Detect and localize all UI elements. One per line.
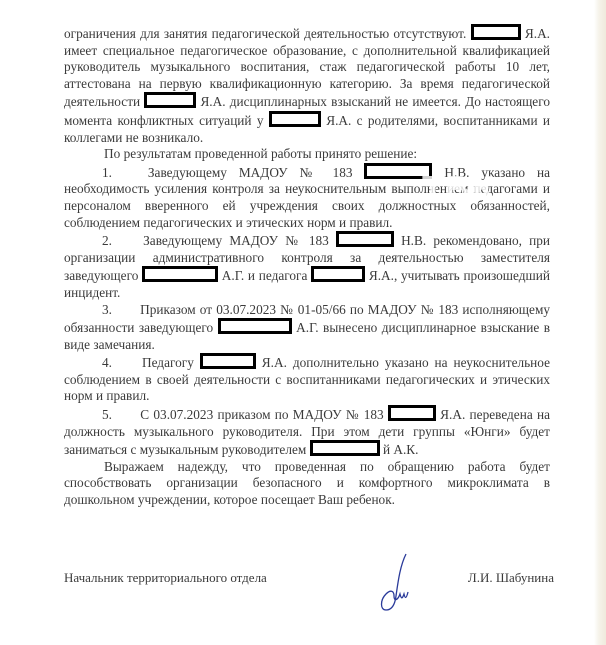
paragraph-teacher-info: ограничения для занятия педагогической д… bbox=[64, 24, 550, 146]
decision-item-5: 5. С 03.07.2023 приказом по МАДОУ № 183 … bbox=[64, 405, 550, 459]
redaction-box bbox=[200, 353, 256, 369]
handwritten-signature-icon bbox=[376, 552, 416, 614]
redaction-box bbox=[310, 440, 380, 456]
letter-body: ограничения для занятия педагогической д… bbox=[64, 24, 550, 509]
signer-name: Л.И. Шабунина bbox=[468, 570, 554, 586]
decision-item-3: 3. Приказом от 03.07.2023 № 01-05/66 по … bbox=[64, 302, 550, 354]
paper-edge bbox=[594, 0, 606, 645]
redaction-box bbox=[311, 266, 365, 282]
redaction-box bbox=[471, 24, 521, 40]
closing-paragraph: Выражаем надежду, что проведенная по обр… bbox=[64, 459, 550, 509]
redaction-box bbox=[336, 231, 394, 247]
decision-intro: По результатам проведенной работы принят… bbox=[64, 146, 550, 163]
decision-item-2: 2. Заведующему МАДОУ № 183 Н.В. рекоменд… bbox=[64, 231, 550, 301]
redaction-box bbox=[364, 163, 432, 179]
decision-item-4: 4. Педагогу Я.А. дополнительно указано н… bbox=[64, 353, 550, 405]
decision-item-1: 1. Заведующему МАДОУ № 183 Н.В. указано … bbox=[64, 163, 550, 231]
redaction-box bbox=[218, 318, 292, 334]
signer-title: Начальник территориального отдела bbox=[64, 570, 267, 586]
redaction-box bbox=[269, 111, 321, 127]
redaction-box bbox=[142, 266, 218, 282]
redaction-box bbox=[388, 405, 436, 421]
redaction-box bbox=[144, 92, 196, 108]
